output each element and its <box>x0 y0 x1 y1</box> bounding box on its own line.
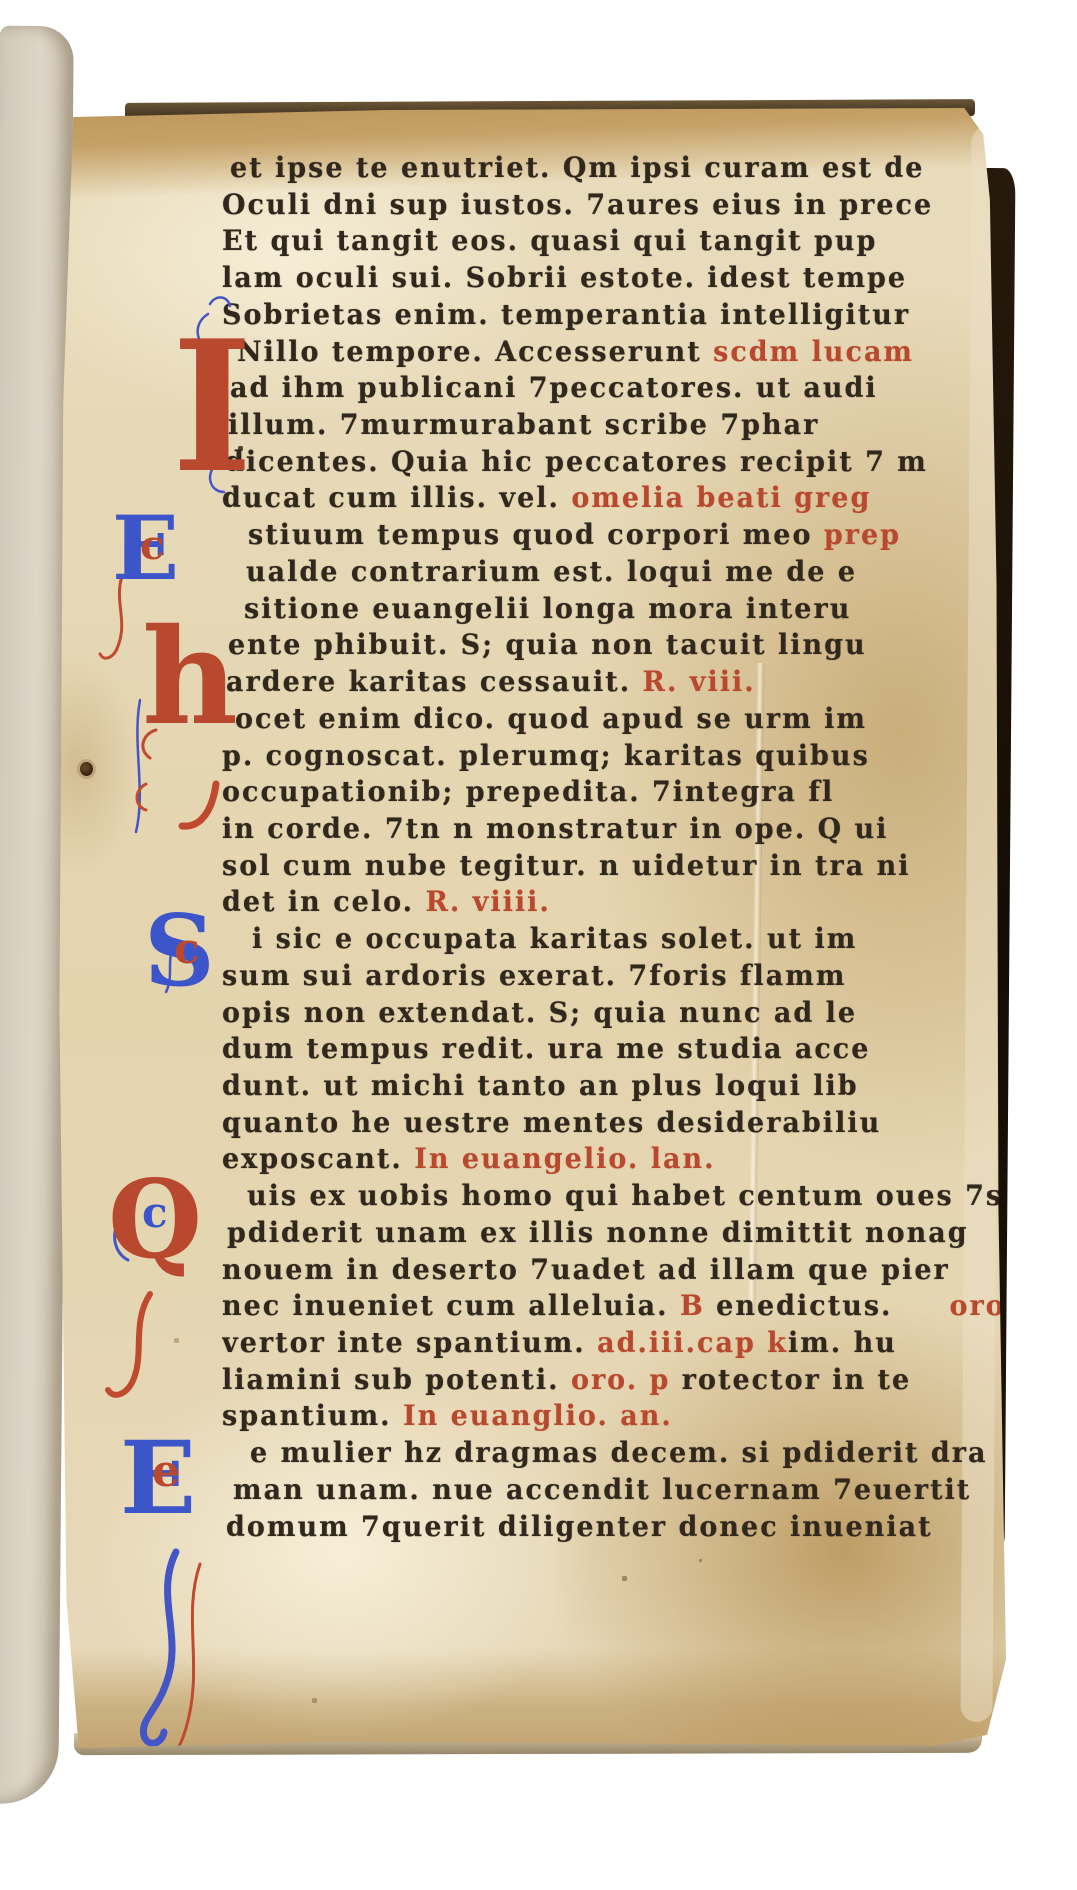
body-text: exposcant. <box>222 1143 414 1175</box>
body-text: domum 7querit diligenter donec inueniat <box>226 1511 933 1543</box>
body-text: i sic e occupata karitas solet. ut im <box>252 923 857 955</box>
body-text: occupationib; prepedita. 7integra fl <box>222 776 834 808</box>
text-line: occupationib; prepedita. 7integra fl <box>222 774 1002 812</box>
body-text: ualde contrarium est. loqui me de e <box>246 556 857 588</box>
body-text: pdiderit unam ex illis nonne dimittit no… <box>227 1217 969 1249</box>
rubric-text: R. viii. <box>643 666 756 698</box>
body-text: stiuum tempus quod corpori meo <box>248 519 824 551</box>
initial-accent: c <box>142 1192 168 1234</box>
initial-glyph: h <box>142 608 238 748</box>
body-text: im. hu <box>788 1327 897 1359</box>
text-line: dicentes. Quia hic peccatores recipit 7 … <box>222 444 1002 482</box>
text-block: et ipse te enutriet. Qm ipsi curam est d… <box>222 150 1002 1552</box>
body-text: quanto he uestre mentes desiderabiliu <box>222 1107 881 1139</box>
body-text: ducat cum illis. vel. <box>222 483 571 515</box>
illuminated-initial-e: E c <box>112 500 179 596</box>
body-text: opis non extendat. S; quia nunc ad le <box>222 997 857 1029</box>
parchment-page: I E c h S c Q c E e et ipse te enutriet.… <box>58 108 1006 1748</box>
text-line: ducat cum illis. vel. omelia beati greg <box>222 480 1002 518</box>
body-text: ente phibuit. S; quia non tacuit lingu <box>228 629 867 661</box>
body-text: dum tempus redit. ura me studia acce <box>222 1033 870 1065</box>
text-line: nouem in deserto 7uadet ad illam que pie… <box>222 1252 1002 1290</box>
text-line: uis ex uobis homo qui habet centum oues … <box>222 1178 1002 1216</box>
body-text: vertor inte spantium. <box>222 1327 597 1359</box>
text-line: Oculi dni sup iustos. 7aures eius in pre… <box>222 187 1002 225</box>
body-text: liamini sub potenti. <box>222 1364 571 1396</box>
text-line: in corde. 7tn n monstratur in ope. Q ui <box>222 811 1002 849</box>
initial-glyph: I <box>172 307 252 507</box>
text-line: e mulier hz dragmas decem. si pdiderit d… <box>222 1435 1002 1473</box>
body-text: ocet enim dico. quod apud se urm im <box>235 703 867 735</box>
red-descender <box>150 1564 200 1748</box>
text-line: sum sui ardoris exerat. 7foris flamm <box>222 958 1002 996</box>
body-text: e mulier hz dragmas decem. si pdiderit d… <box>250 1437 988 1469</box>
body-text: man unam. nue accendit lucernam 7euertit <box>233 1474 971 1506</box>
text-line: domum 7querit diligenter donec inueniat <box>222 1509 1002 1547</box>
body-text: uis ex uobis homo qui habet centum oues … <box>247 1180 1002 1212</box>
body-text: Et qui tangit eos. quasi qui tangit pup <box>222 226 877 258</box>
initial-accent: c <box>174 928 200 970</box>
illuminated-initial-s: S c <box>144 900 215 1004</box>
text-line: p. cognoscat. plerumq; karitas quibus <box>222 738 1002 776</box>
body-text: Sobrietas enim. temperantia intelligitur <box>222 299 910 331</box>
text-line: sol cum nube tegitur. n uidetur in tra n… <box>222 848 1002 886</box>
body-text: nec inueniet cum alleluia. <box>222 1290 680 1322</box>
text-line: Sobrietas enim. temperantia intelligitur <box>222 297 1002 335</box>
body-text: dunt. ut michi tanto an plus loqui lib <box>222 1070 859 1102</box>
body-text: in corde. 7tn n monstratur in ope. Q ui <box>222 813 888 845</box>
text-line: nec inueniet cum alleluia. B enedictus. … <box>222 1288 1002 1326</box>
body-text: rotector in te <box>670 1364 911 1396</box>
text-line: Nillo tempore. Accesserunt scdm lucam <box>222 334 1002 372</box>
rubric-text: In euanglio. an. <box>403 1401 673 1433</box>
text-line: et ipse te enutriet. Qm ipsi curam est d… <box>222 150 1002 188</box>
text-line: i sic e occupata karitas solet. ut im <box>222 921 1002 959</box>
body-text: sitione euangelii longa mora interu <box>244 593 851 625</box>
body-text: et ipse te enutriet. Qm ipsi curam est d… <box>230 152 924 184</box>
text-line: illum. 7murmurabant scribe 7phar <box>222 407 1002 445</box>
body-text: spantium. <box>222 1401 403 1433</box>
rubric-text: B <box>680 1290 705 1322</box>
text-line: vertor inte spantium. ad.iii.cap kim. hu <box>222 1325 1002 1363</box>
body-text: lam oculi sui. Sobrii estote. idest temp… <box>222 262 907 294</box>
rubric-text: prep <box>824 519 901 551</box>
wormhole <box>80 762 93 776</box>
text-line: spantium. In euanglio. an. <box>222 1398 1002 1436</box>
text-line: ocet enim dico. quod apud se urm im <box>222 701 1002 739</box>
text-line: dum tempus redit. ura me studia acce <box>222 1031 1002 1069</box>
text-line: pdiderit unam ex illis nonne dimittit no… <box>222 1215 1002 1253</box>
text-line: ardere karitas cessauit. R. viii. <box>222 664 1002 702</box>
body-text: Nillo tempore. Accesserunt <box>237 336 713 368</box>
body-text: Oculi dni sup iustos. 7aures eius in pre… <box>222 189 933 221</box>
text-line: ad ihm publicani 7peccatores. ut audi <box>222 370 1002 408</box>
body-text: ardere karitas cessauit. <box>226 666 643 698</box>
rubric-text: scdm lucam <box>713 336 914 368</box>
blue-descender <box>143 1552 176 1743</box>
text-line: quanto he uestre mentes desiderabiliu <box>222 1105 1002 1143</box>
initial-accent: e <box>152 1450 180 1494</box>
body-text: p. cognoscat. plerumq; karitas quibus <box>222 740 870 772</box>
body-text: illum. 7murmurabant scribe 7phar <box>228 409 819 441</box>
rubric-text: In euangelio. lan. <box>414 1143 715 1175</box>
rubric-text: R. viiii. <box>425 886 550 918</box>
body-text: ad ihm publicani 7peccatores. ut audi <box>230 372 878 404</box>
text-line: opis non extendat. S; quia nunc ad le <box>222 995 1002 1033</box>
text-line: ente phibuit. S; quia non tacuit lingu <box>222 627 1002 665</box>
rubric-text: oro. p <box>571 1364 670 1396</box>
illuminated-initial-h: h <box>142 608 238 748</box>
text-line: man unam. nue accendit lucernam 7euertit <box>222 1472 1002 1510</box>
body-text: dicentes. Quia hic peccatores recipit 7 … <box>225 446 928 478</box>
body-text: enedictus. <box>705 1290 950 1322</box>
illuminated-initial-e2: E e <box>120 1424 196 1532</box>
rubric-text: omelia beati greg <box>571 483 871 515</box>
rubric-text: ad.iii.cap k <box>597 1327 788 1359</box>
initial-accent: c <box>140 526 164 566</box>
illuminated-initial-q: Q c <box>108 1162 202 1278</box>
text-line: lam oculi sui. Sobrii estote. idest temp… <box>222 260 1002 298</box>
text-line: det in celo. R. viiii. <box>222 884 1002 922</box>
text-line: exposcant. In euangelio. lan. <box>222 1141 1002 1179</box>
body-text: sol cum nube tegitur. n uidetur in tra n… <box>222 850 911 882</box>
body-text: sum sui ardoris exerat. 7foris flamm <box>222 960 846 992</box>
text-line: sitione euangelii longa mora interu <box>222 591 1002 629</box>
rubric-text: oro. <box>949 1290 1002 1322</box>
text-line: liamini sub potenti. oro. p rotector in … <box>222 1362 1002 1400</box>
text-line: ualde contrarium est. loqui me de e <box>222 554 1002 592</box>
body-text: nouem in deserto 7uadet ad illam que pie… <box>222 1254 950 1286</box>
initial-q-tail <box>108 1294 150 1395</box>
body-text: det in celo. <box>222 886 425 918</box>
text-line: stiuum tempus quod corpori meo prep <box>222 517 1002 555</box>
text-line: Et qui tangit eos. quasi qui tangit pup <box>222 223 1002 261</box>
blue-stem <box>136 700 140 832</box>
initial-h-descender <box>182 784 216 826</box>
text-line: dunt. ut michi tanto an plus loqui lib <box>222 1068 1002 1106</box>
manuscript-photo: I E c h S c Q c E e et ipse te enutriet.… <box>0 0 1077 1890</box>
illuminated-initial-i: I <box>172 307 252 507</box>
